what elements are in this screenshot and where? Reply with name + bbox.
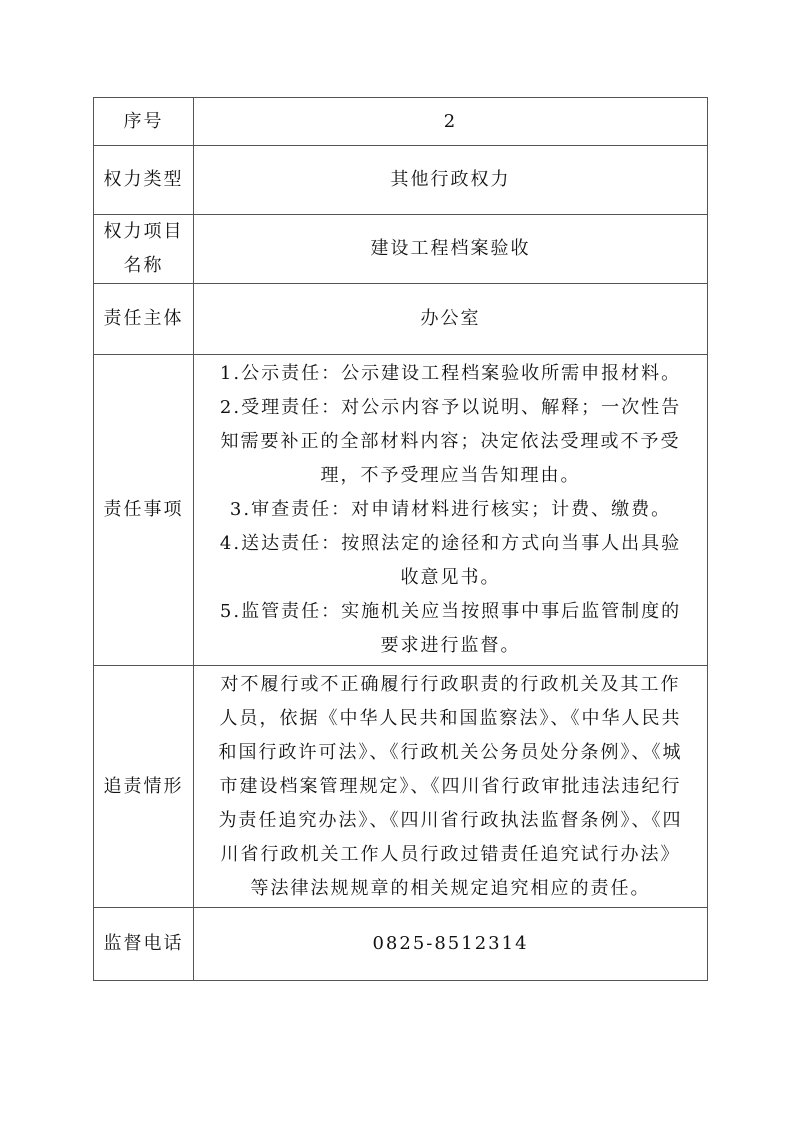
text-line: 收意见书。 <box>194 561 707 595</box>
text-line: 对不履行或不正确履行行政职责的行政机关及其工作 <box>194 668 707 702</box>
table-row-power-type: 权力类型 其他行政权力 <box>94 146 708 215</box>
value-power-item-name: 建设工程档案验收 <box>194 215 708 284</box>
table-row-responsibility-items: 责任事项 1.公示责任：公示建设工程档案验收所需申报材料。 2.受理责任：对公示… <box>94 355 708 666</box>
text-line: 2.受理责任：对公示内容予以说明、解释；一次性告 <box>194 391 707 425</box>
document-page: 序号 2 权力类型 其他行政权力 权力项目名称 建设工程档案验收 责任主体 办公… <box>0 0 793 1122</box>
text-line: 为责任追究办法》、《四川省行政执法监督条例》、《四 <box>194 804 707 838</box>
table-row-responsible-entity: 责任主体 办公室 <box>94 284 708 355</box>
value-responsible-entity: 办公室 <box>194 284 708 355</box>
label-power-item-name: 权力项目名称 <box>94 215 194 284</box>
text-line: 要求进行监督。 <box>194 629 707 663</box>
value-accountability: 对不履行或不正确履行行政职责的行政机关及其工作 人员，依据《中华人民共和国监察法… <box>194 666 708 908</box>
label-responsibility-items: 责任事项 <box>94 355 194 666</box>
label-responsible-entity: 责任主体 <box>94 284 194 355</box>
text-line: 和国行政许可法》、《行政机关公务员处分条例》、《城 <box>194 736 707 770</box>
table-row-accountability: 追责情形 对不履行或不正确履行行政职责的行政机关及其工作 人员，依据《中华人民共… <box>94 666 708 908</box>
label-accountability: 追责情形 <box>94 666 194 908</box>
text-line: 1.公示责任：公示建设工程档案验收所需申报材料。 <box>194 357 707 391</box>
text-line: 知需要补正的全部材料内容；决定依法受理或不予受 <box>194 425 707 459</box>
text-line: 4.送达责任：按照法定的途径和方式向当事人出具验 <box>194 527 707 561</box>
value-serial-number: 2 <box>194 98 708 146</box>
value-supervision-phone: 0825-8512314 <box>194 908 708 981</box>
text-line: 川省行政机关工作人员行政过错责任追究试行办法》 <box>194 838 707 872</box>
text-line: 理，不予受理应当告知理由。 <box>194 459 707 493</box>
label-serial-number: 序号 <box>94 98 194 146</box>
text-line: 5.监管责任：实施机关应当按照事中事后监管制度的 <box>194 595 707 629</box>
value-power-type: 其他行政权力 <box>194 146 708 215</box>
responsibility-table: 序号 2 权力类型 其他行政权力 权力项目名称 建设工程档案验收 责任主体 办公… <box>93 97 708 981</box>
label-power-type: 权力类型 <box>94 146 194 215</box>
label-supervision-phone: 监督电话 <box>94 908 194 981</box>
table-row-power-item-name: 权力项目名称 建设工程档案验收 <box>94 215 708 284</box>
table-row-serial-number: 序号 2 <box>94 98 708 146</box>
text-line: 等法律法规规章的相关规定追究相应的责任。 <box>194 872 707 906</box>
text-line: 市建设档案管理规定》、《四川省行政审批违法违纪行 <box>194 770 707 804</box>
value-responsibility-items: 1.公示责任：公示建设工程档案验收所需申报材料。 2.受理责任：对公示内容予以说… <box>194 355 708 666</box>
table-row-supervision-phone: 监督电话 0825-8512314 <box>94 908 708 981</box>
text-line: 3.审查责任：对申请材料进行核实；计费、缴费。 <box>194 493 707 527</box>
text-line: 人员，依据《中华人民共和国监察法》、《中华人民共 <box>194 702 707 736</box>
